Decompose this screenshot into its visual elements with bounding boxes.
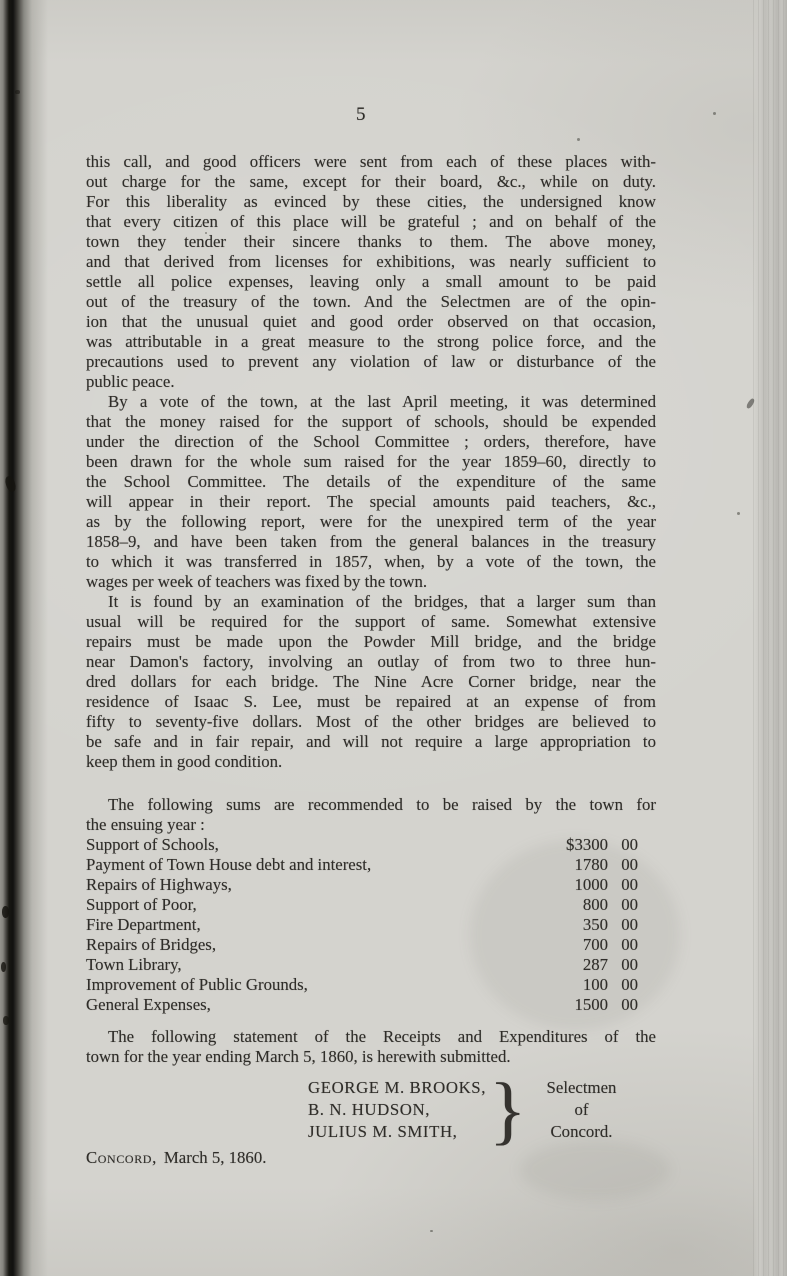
item-amount-cents: 00 xyxy=(616,875,638,895)
item-label: Repairs of Highways, xyxy=(86,875,232,895)
text-line: under the direction of the School Commit… xyxy=(86,432,656,452)
text-line: The following sums are recommended to be… xyxy=(86,795,656,815)
text-line: keep them in good condition. xyxy=(86,752,656,772)
item-amount-dollars: 1500 xyxy=(574,995,608,1015)
paragraph-bridges: It is found by an examination of the bri… xyxy=(86,592,656,772)
text-line: residence of Isaac S. Lee, must be repai… xyxy=(86,692,656,712)
signature-role: SelectmenofConcord. xyxy=(533,1077,629,1143)
text-line: For this liberality as evinced by these … xyxy=(86,192,656,212)
item-amount-cents: 00 xyxy=(616,955,638,975)
list-item: Fire Department, 350 00 xyxy=(86,915,656,935)
text-line: settle all police expenses, leaving only… xyxy=(86,272,656,292)
text-line: 1858–9, and have been taken from the gen… xyxy=(86,532,656,552)
page-number: 5 xyxy=(76,104,646,126)
book-binding-edge xyxy=(0,0,48,1276)
text-line: will appear in their report. The special… xyxy=(86,492,656,512)
scan-artifact xyxy=(3,1016,9,1025)
text-line: near Damon's factory, involving an outla… xyxy=(86,652,656,672)
text-line: town they tender their sincere thanks to… xyxy=(86,232,656,252)
text-line: the School Committee. The details of the… xyxy=(86,472,656,492)
list-item: Payment of Town House debt and interest,… xyxy=(86,855,656,875)
scan-artifact xyxy=(15,90,20,94)
list-item: General Expenses, 1500 00 xyxy=(86,995,656,1015)
list-item: Town Library, 287 00 xyxy=(86,955,656,975)
text-line: usual will be required for the support o… xyxy=(86,612,656,632)
list-item: Improvement of Public Grounds, 100 00 xyxy=(86,975,656,995)
text-line: that the money raised for the support of… xyxy=(86,412,656,432)
dateline-place: Concord, xyxy=(86,1148,157,1167)
signature-role-line: of xyxy=(533,1099,629,1121)
text-line: It is found by an examination of the bri… xyxy=(86,592,656,612)
item-label: Improvement of Public Grounds, xyxy=(86,975,308,995)
item-label: Support of Poor, xyxy=(86,895,197,915)
paragraph-schools: By a vote of the town, at the last April… xyxy=(86,392,656,592)
text-line: fifty to seventy-five dollars. Most of t… xyxy=(86,712,656,732)
recommendations-list: Support of Schools, $3300 00 Payment of … xyxy=(86,835,656,1015)
scan-artifact xyxy=(2,906,9,918)
text-line: ion that the unusual quiet and good orde… xyxy=(86,312,656,332)
item-label: General Expenses, xyxy=(86,995,211,1015)
text-line: dred dollars for each bridge. The Nine A… xyxy=(86,672,656,692)
text-line: and that derived from licenses for exhib… xyxy=(86,252,656,272)
signature-name: GEORGE M. BROOKS, xyxy=(308,1077,486,1099)
signature-role-line: Selectmen xyxy=(533,1077,629,1099)
item-label: Support of Schools, xyxy=(86,835,219,855)
text-line: that every citizen of this place will be… xyxy=(86,212,656,232)
item-amount-cents: 00 xyxy=(616,995,638,1015)
item-label: Fire Department, xyxy=(86,915,201,935)
list-item: Repairs of Bridges, 700 00 xyxy=(86,935,656,955)
item-amount-dollars: $3300 xyxy=(566,835,608,855)
text-line: precautions used to prevent any violatio… xyxy=(86,352,656,372)
signature-names: GEORGE M. BROOKS,B. N. HUDSON,JULIUS M. … xyxy=(308,1077,486,1143)
text-line: The following statement of the Receipts … xyxy=(86,1027,656,1047)
dateline-date: March 5, 1860. xyxy=(164,1148,267,1167)
item-amount-cents: 00 xyxy=(616,835,638,855)
speckle xyxy=(713,112,716,115)
item-amount-cents: 00 xyxy=(616,975,638,995)
signature-name: B. N. HUDSON, xyxy=(308,1099,486,1121)
item-amount-dollars: 100 xyxy=(583,975,608,995)
item-label: Town Library, xyxy=(86,955,182,975)
speckle xyxy=(577,138,580,141)
signature-name: JULIUS M. SMITH, xyxy=(308,1121,486,1143)
item-amount-cents: 00 xyxy=(616,855,638,875)
text-line: town for the year ending March 5, 1860, … xyxy=(86,1047,656,1067)
item-amount-dollars: 287 xyxy=(583,955,608,975)
text-line: By a vote of the town, at the last April… xyxy=(86,392,656,412)
text-line: to which it was transferred in 1857, whe… xyxy=(86,552,656,572)
item-amount-dollars: 1780 xyxy=(574,855,608,875)
list-item: Support of Schools, $3300 00 xyxy=(86,835,656,855)
item-label: Payment of Town House debt and interest, xyxy=(86,855,371,875)
item-amount-cents: 00 xyxy=(616,915,638,935)
page-content: this call, and good officers were sent f… xyxy=(86,152,656,1168)
list-item: Support of Poor, 800 00 xyxy=(86,895,656,915)
text-line: wages per week of teachers was fixed by … xyxy=(86,572,656,592)
item-amount-dollars: 1000 xyxy=(574,875,608,895)
recommendations-intro: The following sums are recommended to be… xyxy=(86,795,656,835)
text-line: public peace. xyxy=(86,372,656,392)
text-line: repairs must be made upon the Powder Mil… xyxy=(86,632,656,652)
item-amount-dollars: 350 xyxy=(583,915,608,935)
text-line: the ensuing year : xyxy=(86,815,656,835)
paragraph-police: this call, and good officers were sent f… xyxy=(86,152,656,392)
text-line: been drawn for the whole sum raised for … xyxy=(86,452,656,472)
scanned-book-page: 5 this call, and good officers were sent… xyxy=(0,0,787,1276)
scan-artifact xyxy=(1,962,6,972)
signature-brace: } xyxy=(489,1078,526,1143)
text-line: out of the treasury of the town. And the… xyxy=(86,292,656,312)
text-line: as by the following report, were for the… xyxy=(86,512,656,532)
speckle xyxy=(737,512,740,515)
speckle xyxy=(430,1230,433,1232)
item-label: Repairs of Bridges, xyxy=(86,935,216,955)
text-line: be safe and in fair repair, and will not… xyxy=(86,732,656,752)
closing-statement: The following statement of the Receipts … xyxy=(86,1027,656,1067)
item-amount-dollars: 700 xyxy=(583,935,608,955)
text-line: out charge for the same, except for thei… xyxy=(86,172,656,192)
dateline: Concord,March 5, 1860. xyxy=(86,1148,656,1168)
text-line: this call, and good officers were sent f… xyxy=(86,152,656,172)
item-amount-cents: 00 xyxy=(616,935,638,955)
list-item: Repairs of Highways, 1000 00 xyxy=(86,875,656,895)
signature-block: GEORGE M. BROOKS,B. N. HUDSON,JULIUS M. … xyxy=(308,1077,656,1143)
item-amount-cents: 00 xyxy=(616,895,638,915)
item-amount-dollars: 800 xyxy=(583,895,608,915)
text-line: was attributable in a great measure to t… xyxy=(86,332,656,352)
signature-role-line: Concord. xyxy=(533,1121,629,1143)
page-stack-edge xyxy=(753,0,787,1276)
